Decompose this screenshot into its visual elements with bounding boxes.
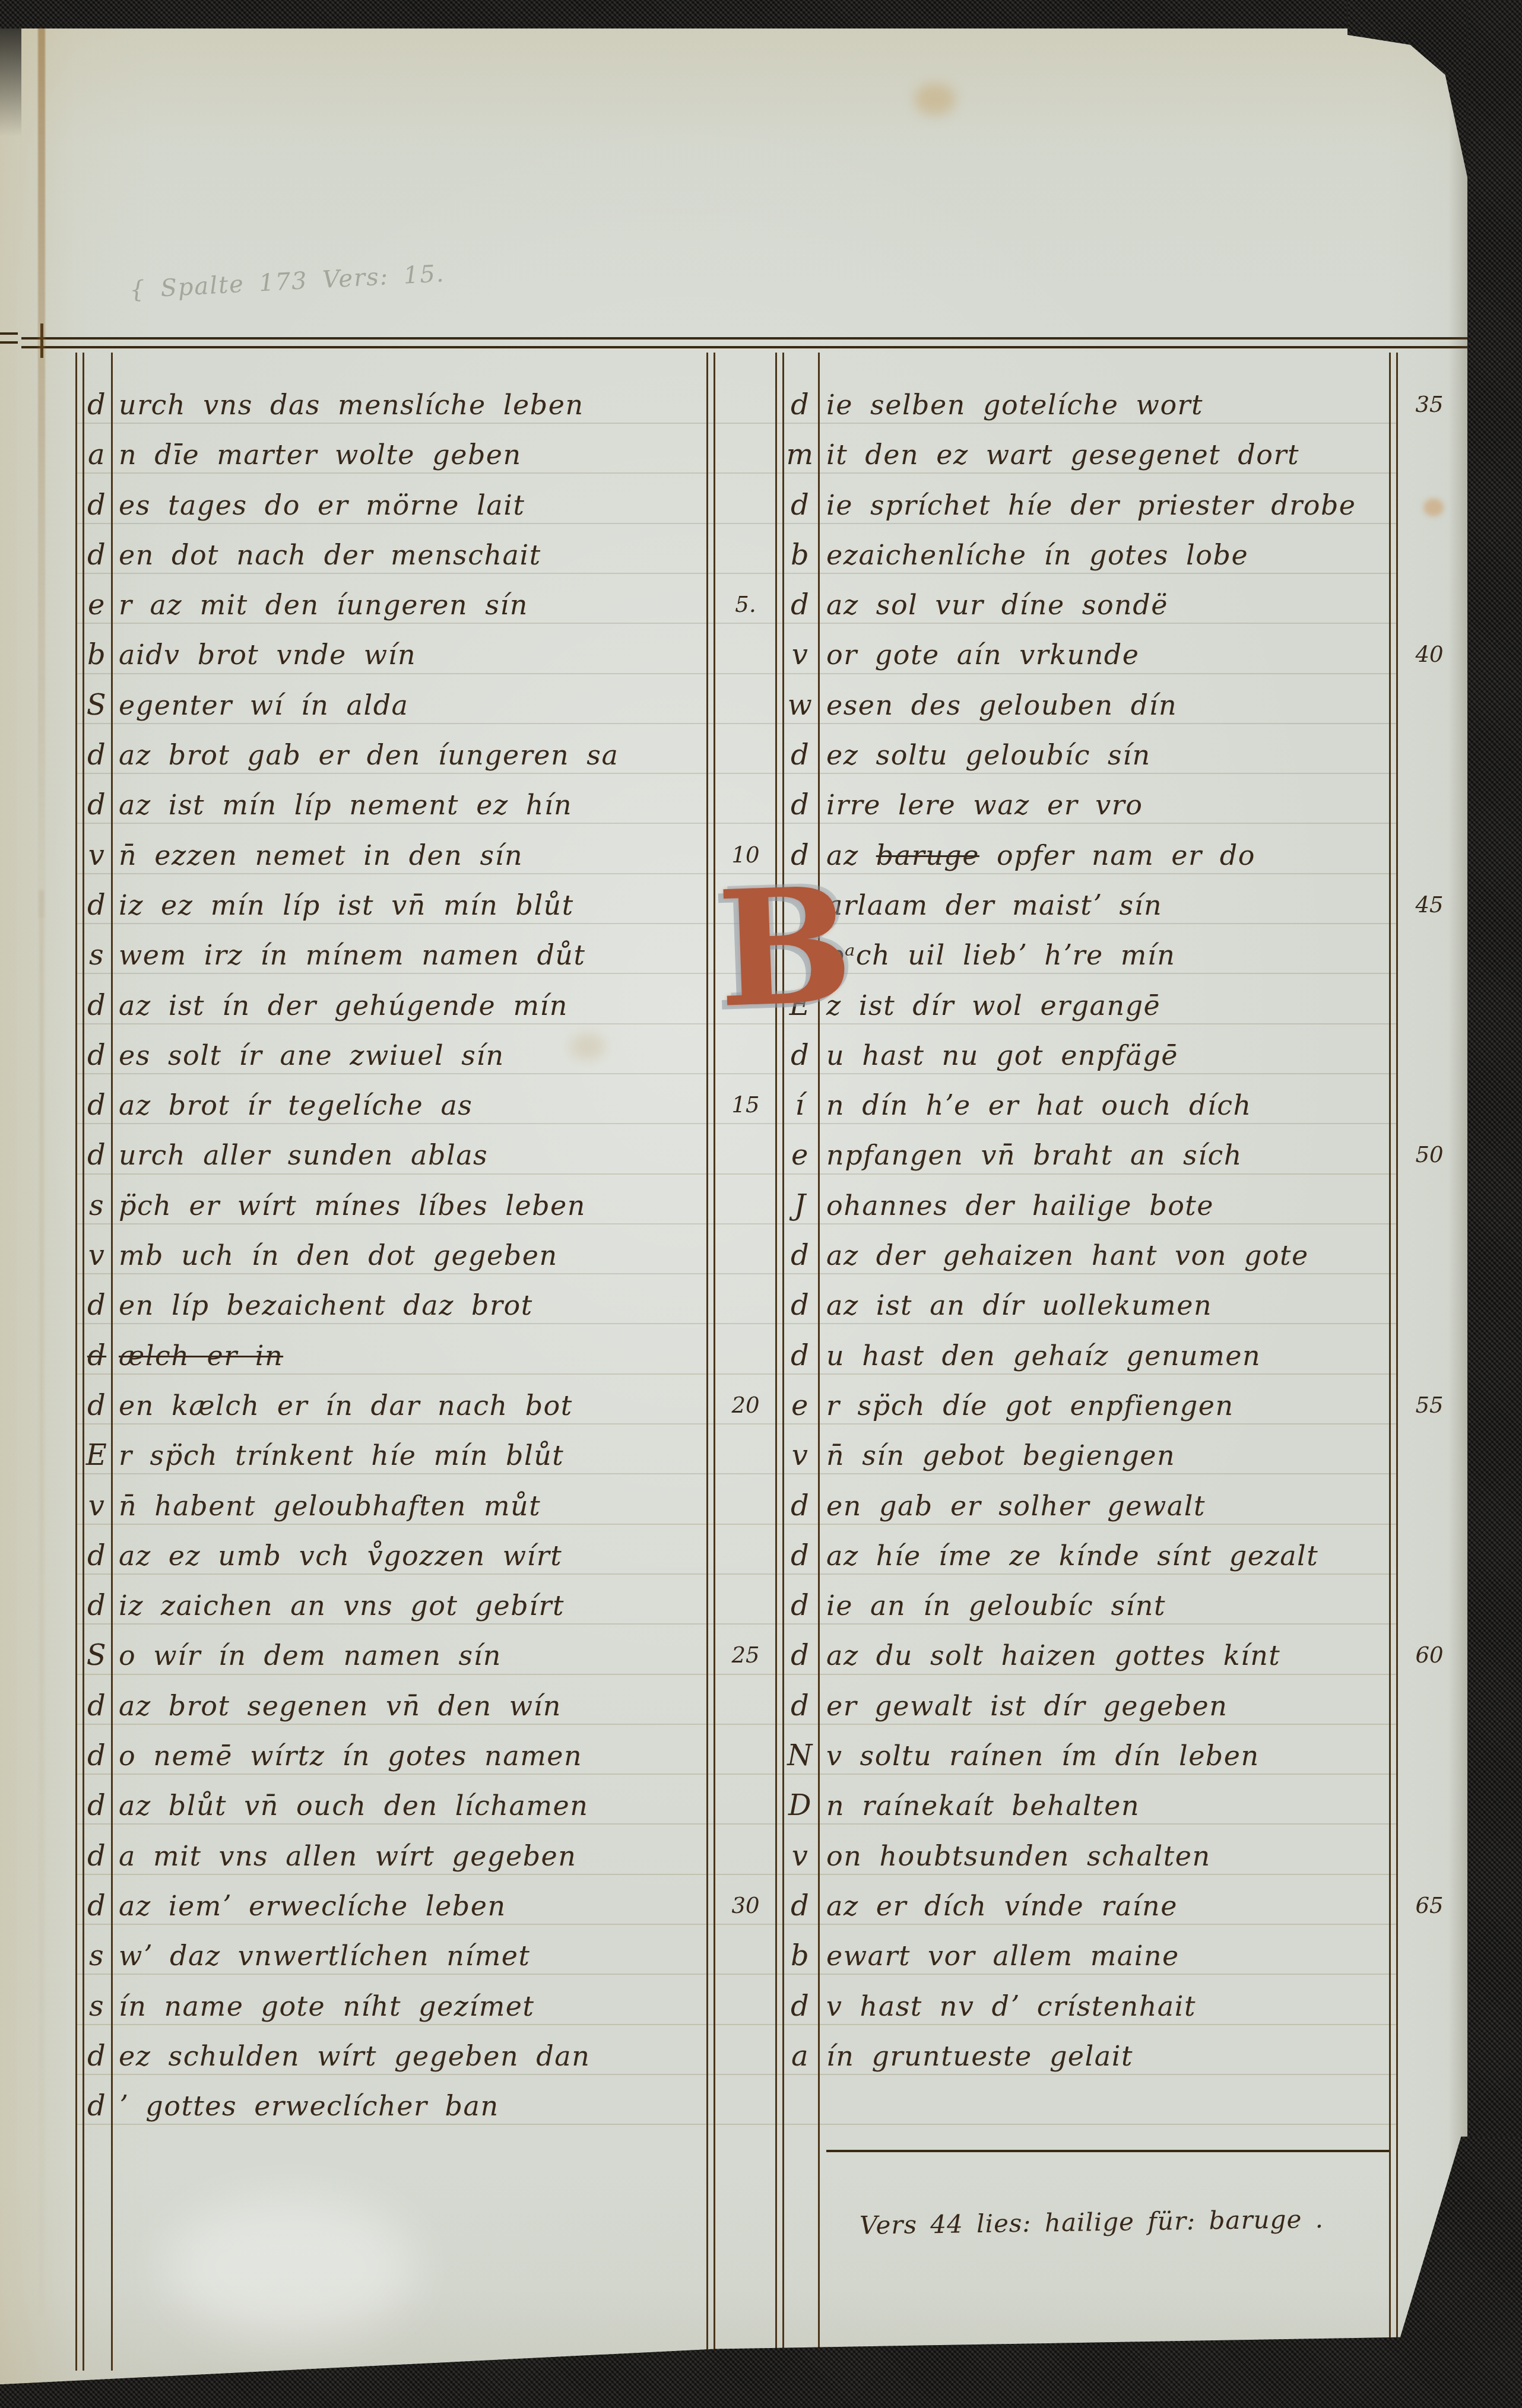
verse-row: vn̄ sín gebot begiengen [826,1430,1456,1480]
verse-text: ewart vor allem maine [826,1940,1179,1972]
verse-initial: e [782,1130,818,1180]
verse-text: ie spríchet híe der priester drobe [826,489,1356,521]
fold-crease [39,890,44,2315]
right-verse-column: die selben gotelíche wort35mit den ez wa… [826,380,1456,2081]
verse-number: 15 [716,1080,775,1130]
verse-row: den gab er solher gewalt [826,1481,1456,1531]
verse-text: az blůt vn̄ ouch den líchamen [119,1790,588,1822]
verse-row: daz brot ír tegelíche as15 [119,1080,712,1130]
paper-stain [914,83,956,116]
column-rule [818,353,820,2371]
verse-initial: D [782,1781,818,1830]
verse-text: u hast nu got enpfägē [826,1039,1178,1071]
verse-row: die spríchet híe der priester drobe [826,480,1456,530]
verse-initial: b [782,1931,818,1981]
verse-text: en kælch er ín dar nach bot [119,1389,573,1422]
verse-text: r az mit den íungeren sín [119,589,528,621]
verse-initial: d [782,730,818,780]
verse-text: n̄ habent geloubhaften můt [119,1490,541,1522]
verse-initial: a [83,430,111,480]
verse-initial: v [83,830,111,880]
verse-row: dez soltu geloubíc sín [826,730,1456,780]
verse-text: arlaam der maistʼ sín [826,889,1162,921]
verse-text: n dīe marter wolte geben [119,439,522,471]
verse-text: az brot segenen vn̄ den wín [119,1690,562,1722]
verse-initial: d [83,1130,111,1180]
verse-initial: d [782,1531,818,1581]
verse-initial: E [83,1430,111,1480]
photo-background-top [0,0,1522,28]
margin-tick [40,323,43,358]
top-border-rule-stub [0,341,18,344]
verse-row: er az mit den íungeren sín5. [119,580,712,630]
verse-row: daz er dích vínde raíne65 [826,1881,1456,1931]
verse-row: er sp̈ch díe got enpfiengen55 [826,1381,1456,1430]
verse-text: o nemē wírtz ín gotes namen [119,1740,582,1772]
verse-row: bezaichenlíche ín gotes lobe [826,530,1456,580]
verse-initial: d [83,730,111,780]
verse-row: daz brot segenen vn̄ den wín [119,1681,712,1731]
verse-row: den líp bezaichent daz brot [119,1280,712,1330]
verse-row: swʼ daz vnwertlíchen nímet [119,1931,712,1981]
verse-initial: d [83,1881,111,1931]
verse-text: it den ez wart gesegenet dort [826,439,1299,471]
verse-initial: d [782,480,818,530]
verse-row: daz ist ín der gehúgende mín [119,981,712,1030]
verse-row: durch vns das menslíche leben [119,380,712,430]
left-verse-column: durch vns das menslíche lebenan dīe mart… [119,380,712,2131]
verse-initial: S [83,680,111,730]
verse-row: Johannes der hailige bote [826,1181,1456,1230]
verse-text: ʼ gottes erweclícher ban [119,2090,499,2122]
verse-row: des solt ír ane zwiuel sín [119,1030,712,1080]
verse-initial: d [83,1681,111,1731]
verse-text: es tages do er mörne lait [119,489,525,521]
verse-text: n̄ ezzen nemet in den sín [119,839,523,871]
column-rule [775,353,777,2371]
verse-text: n raínekaít behalten [826,1790,1140,1822]
verse-text: a mit vns allen wírt gegeben [119,1840,576,1872]
verse-text: en gab er solher gewalt [826,1490,1206,1522]
verse-initial: N [782,1731,818,1781]
verse-row: daz ist an dír uollekumen [826,1280,1456,1330]
drop-cap-initial-B: B [714,859,857,1048]
verse-initial: d [782,1881,818,1931]
verse-row: Dn raínekaít behalten [826,1781,1456,1830]
verse-initial: d [83,1080,111,1130]
verse-text: v hast nv dʼ crístenhait [826,1990,1196,2022]
verse-initial: m [782,430,818,480]
verse-text: ezaichenlíche ín gotes lobe [826,539,1248,571]
verse-row: pᵃch uil liebʼ hʼre mín [826,930,1456,980]
verse-initial: d [83,1731,111,1781]
verse-text: wʼ daz vnwertlíchen nímet [119,1940,530,1972]
verse-initial: d [83,1280,111,1330]
verse-row: daz blůt vn̄ ouch den líchamen [119,1781,712,1830]
verse-row: Ez ist dír wol ergangē [826,981,1456,1030]
verse-initial: d [782,1681,818,1731]
verse-number: 55 [1396,1381,1463,1430]
verse-initial: d [83,1531,111,1581]
verse-text: npfangen vn̄ braht an sích [826,1139,1242,1171]
verse-text: aidv brot vnde wín [119,639,416,671]
struck-word: baruge [876,839,979,871]
verse-text: az híe íme ze kínde sínt gezalt [826,1540,1318,1572]
verse-initial: d [83,2031,111,2081]
verse-row: durch aller sunden ablas [119,1130,712,1180]
verse-row: du hast nu got enpfägē [826,1030,1456,1080]
verse-row: daz ist mín líp nement ez hín [119,780,712,830]
verse-initial: e [782,1381,818,1430]
verse-text: irre lere waz er vro [826,789,1143,821]
verse-initial: e [83,580,111,630]
verse-row: daz iemʼ erweclíche leben30 [119,1881,712,1931]
verse-initial: s [83,1931,111,1981]
verse-text: v soltu raínen ím dín leben [826,1740,1260,1772]
verse-row: diz ez mín líp ist vn̄ mín blůt [119,880,712,930]
verse-initial: d [782,1331,818,1381]
verse-initial: v [782,630,818,680]
verse-text: mb uch ín den dot gegeben [119,1239,558,1271]
verse-text: az der gehaizen hant von gote [826,1239,1309,1271]
verse-text: u hast den gehaíz genumen [826,1340,1261,1372]
verse-initial: d [83,480,111,530]
verse-text: az iemʼ erweclíche leben [119,1890,506,1922]
verse-initial: d [83,530,111,580]
verse-initial: d [83,780,111,830]
verse-text: n̄ sín gebot begiengen [826,1439,1175,1471]
column-rule [75,353,77,2371]
verse-text: egenter wí ín alda [119,689,409,721]
verse-initial: d [782,380,818,430]
verse-text: r sp̈ch díe got enpfiengen [826,1389,1234,1422]
verse-text: n dín hʼe er hat ouch dích [826,1089,1252,1121]
verse-row: sín name gote níht gezímet [119,1981,712,2031]
verse-row: du hast den gehaíz genumen [826,1331,1456,1381]
verse-text: r sp̈ch trínkent híe mín blůt [119,1439,564,1471]
verse-row: daz híe íme ze kínde sínt gezalt [826,1531,1456,1581]
verse-row: wesen des gelouben dín [826,680,1456,730]
verse-initial: v [782,1831,818,1881]
verse-text: az baruge opfer nam er do [826,839,1255,871]
verse-row: vor gote aín vrkunde40 [826,630,1456,680]
verse-text: en líp bezaichent daz brot [119,1289,533,1321]
verse-initial: b [83,630,111,680]
verse-initial: d [83,1831,111,1881]
verse-initial: d [83,1381,111,1430]
verse-row: die selben gotelíche wort35 [826,380,1456,430]
verse-text: wem irz ín mínem namen důt [119,939,585,971]
verse-text: az er dích vínde raíne [826,1890,1178,1922]
verse-text: ohannes der hailige bote [826,1189,1214,1222]
verse-initial: d [83,1030,111,1080]
verse-row: vn̄ habent geloubhaften můt [119,1481,712,1531]
verse-row: So wír ín dem namen sín25 [119,1630,712,1680]
verse-text: az du solt haizen gottes kínt [826,1639,1280,1671]
verse-initial: d [782,580,818,630]
verse-text: az ist an dír uollekumen [826,1289,1212,1321]
verse-text: iz zaichen an vns got gebírt [119,1590,565,1622]
footnote-rule [826,2150,1389,2152]
verse-initial: d [782,1981,818,2031]
verse-row: bewart vor allem maine [826,1931,1456,1981]
verse-row: sp̈ch er wírt mínes líbes leben [119,1181,712,1230]
verse-number: 45 [1396,880,1463,930]
verse-row: daz brot gab er den íungeren sa [119,730,712,780]
verse-initial: v [83,1230,111,1280]
verse-text: ín gruntueste gelait [826,2040,1133,2072]
verse-initial: í [782,1080,818,1130]
verse-text: ín name gote níht gezímet [119,1990,534,2022]
verse-text: ez soltu geloubíc sín [826,739,1151,771]
verse-initial: d [83,2081,111,2131]
verse-row: daz baruge opfer nam er do [826,830,1456,880]
verse-initial: d [782,780,818,830]
column-rule [714,353,715,2371]
verse-text: az ist ín der gehúgende mín [119,989,568,1021]
verse-initial: v [83,1481,111,1531]
verse-number: 35 [1396,380,1463,430]
verse-row: daz ez umb vch v̊gozzen wírt [119,1531,712,1581]
verse-row: den dot nach der menschait [119,530,712,580]
verse-number: 25 [716,1630,775,1680]
verse-row: enpfangen vn̄ braht an sích50 [826,1130,1456,1180]
verse-initial: a [782,2031,818,2081]
verse-row: arlaam der maistʼ sín45 [826,880,1456,930]
footnote: Vers 44 lies: hailige für: baruge . [860,2203,1442,2240]
verse-text: pᵃch uil liebʼ hʼre mín [826,939,1175,971]
verse-number: 40 [1396,630,1463,680]
fold-crease [38,27,45,918]
verse-row: dælch er in [119,1331,712,1381]
verse-initial: s [83,1981,111,2031]
verse-row: baidv brot vnde wín [119,630,712,680]
verse-initial: d [782,1481,818,1531]
verse-initial: d [83,1781,111,1830]
verse-row: swem irz ín mínem namen důt [119,930,712,980]
verse-number: 5. [716,580,775,630]
verse-text: urch aller sunden ablas [119,1139,488,1171]
verse-text: er gewalt ist dír gegeben [826,1690,1228,1722]
paper-stain [166,2196,416,2339]
verse-row: mit den ez wart gesegenet dort [826,430,1456,480]
verse-initial: S [83,1630,111,1680]
verse-row: an dīe marter wolte geben [119,430,712,480]
verse-number: 65 [1396,1881,1463,1931]
verse-initial: d [83,981,111,1030]
verse-initial: d [83,380,111,430]
verse-number: 30 [716,1881,775,1931]
verse-initial: d [83,880,111,930]
verse-text: ælch er in [119,1340,283,1372]
verse-text: az ist mín líp nement ez hín [119,789,572,821]
verse-text: urch vns das menslíche leben [119,389,584,421]
verse-initial: d [782,1230,818,1280]
manuscript-page: { Spalte 173 Vers: 15. durch vns das men… [0,0,1522,2408]
verse-row: Er sp̈ch trínkent híe mín blůt [119,1430,712,1480]
verse-text: z ist dír wol ergangē [826,989,1160,1021]
verse-initial: s [83,930,111,980]
verse-text: ez schulden wírt gegeben dan [119,2040,590,2072]
verse-initial: d [83,1331,111,1381]
verse-row: die an ín geloubíc sínt [826,1581,1456,1630]
verse-text: on houbtsunden schalten [826,1840,1211,1872]
verse-text: o wír ín dem namen sín [119,1639,502,1671]
verse-row: diz zaichen an vns got gebírt [119,1581,712,1630]
verse-row: dez schulden wírt gegeben dan [119,2031,712,2081]
verse-row: dirre lere waz er vro [826,780,1456,830]
verse-row: da mit vns allen wírt gegeben [119,1831,712,1881]
verse-row: daz der gehaizen hant von gote [826,1230,1456,1280]
verse-initial: d [782,1630,818,1680]
verse-text: az ez umb vch v̊gozzen wírt [119,1540,562,1572]
verse-text: az brot gab er den íungeren sa [119,739,619,771]
verse-row: aín gruntueste gelait [826,2031,1456,2081]
verse-row: der gewalt ist dír gegeben [826,1681,1456,1731]
top-border-rule [21,346,1470,348]
verse-text-segment: opfer nam er do [979,839,1255,871]
photo-background-bottom-torn-edge [0,2113,1522,2408]
verse-row: den kælch er ín dar nach bot20 [119,1381,712,1430]
verse-number: 50 [1396,1130,1463,1180]
verse-text: or gote aín vrkunde [826,639,1139,671]
verse-text: ie selben gotelíche wort [826,389,1203,421]
verse-text: en dot nach der menschait [119,539,541,571]
verse-text: az sol vur díne sondë [826,589,1168,621]
verse-row: ín dín hʼe er hat ouch dích [826,1080,1456,1130]
verse-row: dʼ gottes erweclícher ban [119,2081,712,2131]
verse-row: daz sol vur díne sondë [826,580,1456,630]
verse-text: esen des gelouben dín [826,689,1177,721]
column-rule [111,353,113,2371]
verse-initial: J [782,1181,818,1230]
verse-row: vmb uch ín den dot gegeben [119,1230,712,1280]
verse-text: iz ez mín líp ist vn̄ mín blůt [119,889,574,921]
verse-initial: b [782,530,818,580]
verse-row: do nemē wírtz ín gotes namen [119,1731,712,1781]
verse-row: dv hast nv dʼ crístenhait [826,1981,1456,2031]
verse-initial: w [782,680,818,730]
verse-row: Segenter wí ín alda [119,680,712,730]
verse-initial: d [782,1581,818,1630]
verse-row: von houbtsunden schalten [826,1831,1456,1881]
verse-text: ie an ín geloubíc sínt [826,1590,1166,1622]
top-border-rule-stub [0,332,18,335]
verse-initial: s [83,1181,111,1230]
verse-row: des tages do er mörne lait [119,480,712,530]
verse-row: daz du solt haizen gottes kínt60 [826,1630,1456,1680]
pencil-annotation: { Spalte 173 Vers: 15. [129,260,445,304]
verse-row: vn̄ ezzen nemet in den sín10 [119,830,712,880]
top-border-rule [21,337,1470,340]
verse-text: p̈ch er wírt mínes líbes leben [119,1189,586,1222]
verse-initial: d [782,1280,818,1330]
verse-initial: d [83,1581,111,1630]
verse-number: 60 [1396,1630,1463,1680]
verse-text: az brot ír tegelíche as [119,1089,473,1121]
verse-row: Nv soltu raínen ím dín leben [826,1731,1456,1781]
verse-initial: v [782,1430,818,1480]
photo-background-right [1467,0,1522,2408]
verse-text: es solt ír ane zwiuel sín [119,1039,505,1071]
verse-number: 20 [716,1381,775,1430]
